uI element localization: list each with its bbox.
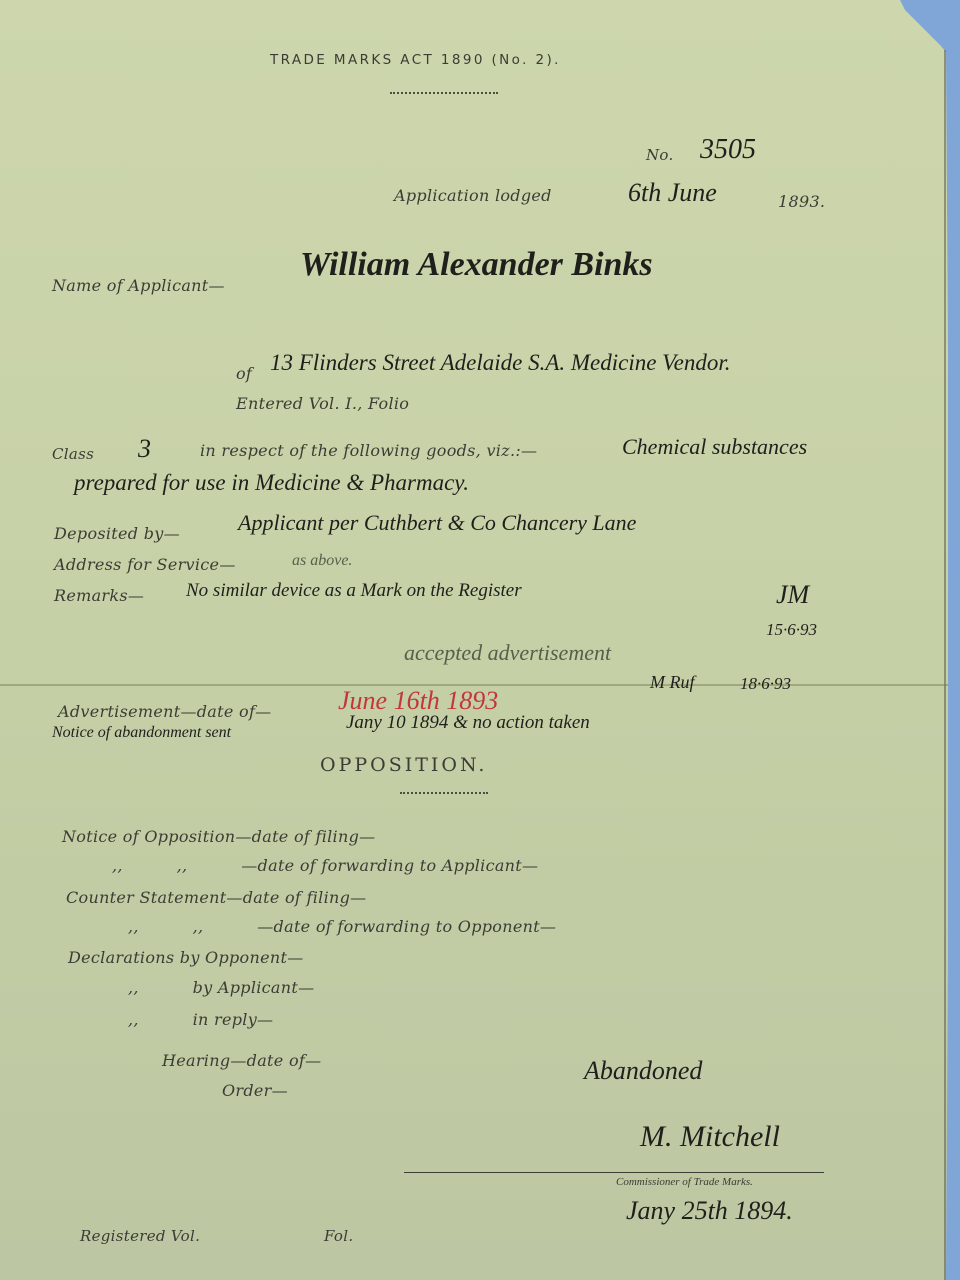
remarks-label: Remarks— bbox=[54, 586, 144, 605]
notice-opposition-filing: Notice of Opposition—date of filing— bbox=[62, 827, 375, 846]
commissioner-label: Commissioner of Trade Marks. bbox=[616, 1176, 753, 1188]
application-lodged-day: 6th June bbox=[628, 178, 717, 208]
class-label: Class bbox=[52, 445, 94, 463]
goods-label: in respect of the following goods, viz.:… bbox=[200, 441, 537, 460]
number-label: No. bbox=[646, 146, 674, 164]
title-flourish bbox=[390, 88, 498, 94]
remarks-value: No similar device as a Mark on the Regis… bbox=[186, 580, 522, 602]
declarations-applicant: ,, by Applicant— bbox=[128, 978, 314, 997]
applicant-name-label: Name of Applicant— bbox=[52, 276, 225, 295]
remarks-date: 15·6·93 bbox=[766, 620, 817, 640]
notice-abandonment-value: Jany 10 1894 & no action taken bbox=[346, 712, 590, 734]
class-value: 3 bbox=[138, 434, 151, 464]
pencil-initials: M Ruf bbox=[650, 672, 695, 693]
pencil-acceptance-note: accepted advertisement bbox=[404, 640, 611, 666]
address-for-service-value: as above. bbox=[292, 552, 352, 570]
order-value: Abandoned bbox=[584, 1056, 702, 1086]
deposited-by-label: Deposited by— bbox=[54, 524, 180, 543]
opposition-heading: OPPOSITION. bbox=[320, 754, 487, 776]
registered-vol-label: Registered Vol. bbox=[80, 1227, 200, 1245]
hearing-date-label: Hearing—date of— bbox=[162, 1051, 321, 1070]
document-title: TRADE MARKS ACT 1890 (No. 2). bbox=[270, 52, 561, 68]
entered-vol-label: Entered Vol. I., Folio bbox=[236, 394, 409, 413]
application-lodged-label: Application lodged bbox=[394, 186, 552, 205]
opposition-flourish bbox=[400, 788, 488, 794]
advertisement-label: Advertisement—date of— bbox=[58, 702, 271, 721]
commissioner-signature: M. Mitchell bbox=[640, 1120, 780, 1154]
applicant-name-value: William Alexander Binks bbox=[300, 246, 653, 284]
counter-statement-forwarding: ,, ,, —date of forwarding to Opponent— bbox=[128, 917, 556, 936]
notice-abandonment-label: Notice of abandonment sent bbox=[52, 724, 231, 742]
goods-value-line2: prepared for use in Medicine & Pharmacy. bbox=[74, 470, 469, 496]
remarks-initials: JM bbox=[776, 580, 809, 610]
application-lodged-year: 1893. bbox=[778, 192, 825, 211]
pencil-date: 18·6·93 bbox=[740, 674, 791, 694]
of-label: of bbox=[236, 364, 252, 383]
page-edge bbox=[944, 50, 946, 1280]
deposited-by-value: Applicant per Cuthbert & Co Chancery Lan… bbox=[238, 510, 636, 536]
counter-statement-filing: Counter Statement—date of filing— bbox=[66, 888, 366, 907]
notice-opposition-forwarding: ,, ,, —date of forwarding to Applicant— bbox=[112, 856, 538, 875]
applicant-address-value: 13 Flinders Street Adelaide S.A. Medicin… bbox=[270, 350, 731, 376]
signature-line bbox=[404, 1172, 824, 1173]
number-value: 3505 bbox=[700, 134, 756, 166]
declarations-reply: ,, in reply— bbox=[128, 1010, 273, 1029]
order-label: Order— bbox=[222, 1081, 288, 1100]
order-date: Jany 25th 1894. bbox=[626, 1196, 793, 1226]
goods-value-line1: Chemical substances bbox=[622, 434, 807, 460]
fol-label: Fol. bbox=[324, 1227, 353, 1245]
declarations-opponent: Declarations by Opponent— bbox=[68, 948, 304, 967]
address-for-service-label: Address for Service— bbox=[54, 555, 236, 574]
